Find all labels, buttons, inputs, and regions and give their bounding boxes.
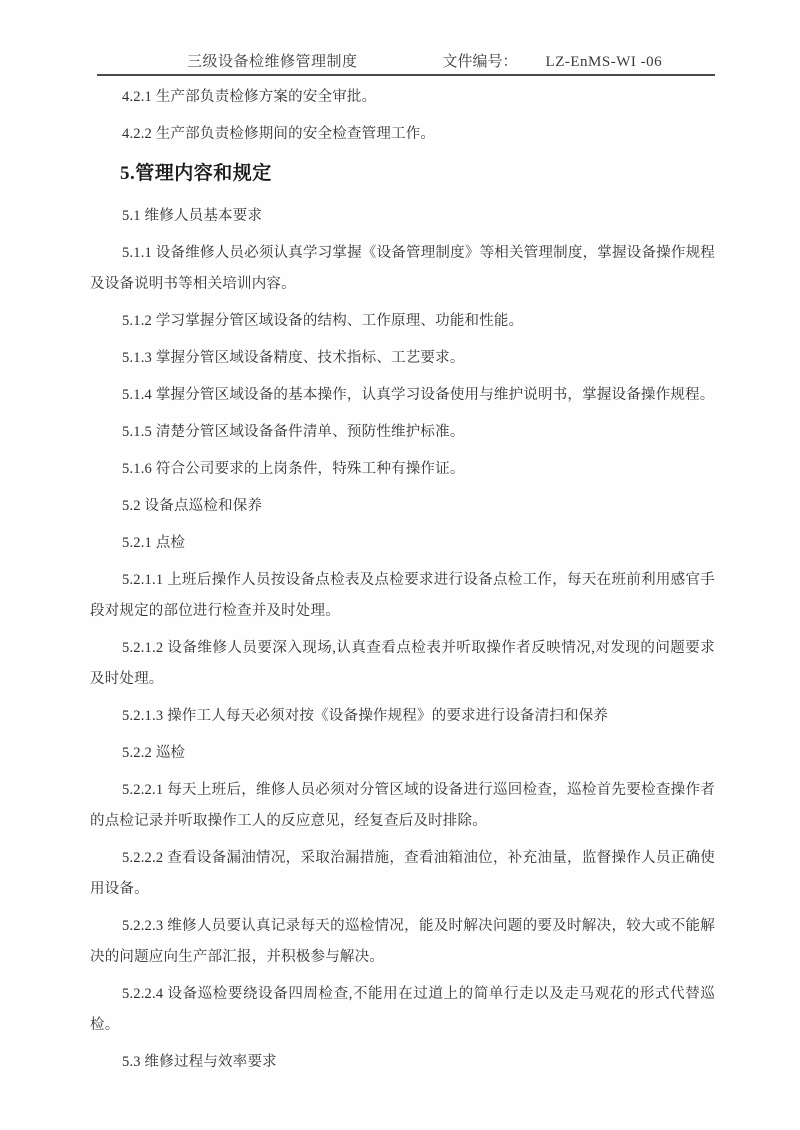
paragraph-5-2-1-1: 5.2.1.1 上班后操作人员按设备点检表及点检要求进行设备点检工作，每天在班前… (90, 565, 715, 627)
paragraph-5-3: 5.3 维修过程与效率要求 (90, 1047, 715, 1078)
page-header: 三级设备检维修管理制度 文件编号： LZ-EnMS-WI -06 (97, 50, 715, 76)
paragraph-5-1-3: 5.1.3 掌握分管区域设备精度、技术指标、工艺要求。 (90, 343, 715, 374)
paragraph-4-2-2: 4.2.2 生产部负责检修期间的安全检查管理工作。 (90, 119, 715, 150)
paragraph-5-2: 5.2 设备点巡检和保养 (90, 491, 715, 522)
paragraph-5-2-1: 5.2.1 点检 (90, 528, 715, 559)
paragraph-5-1-6: 5.1.6 符合公司要求的上岗条件，特殊工种有操作证。 (90, 454, 715, 485)
paragraph-5-1-4: 5.1.4 掌握分管区域设备的基本操作，认真学习设备使用与维护说明书，掌握设备操… (90, 380, 715, 411)
doc-number-label: 文件编号： (443, 50, 518, 74)
paragraph-5-1-5: 5.1.5 清楚分管区域设备备件清单、预防性维护标准。 (90, 417, 715, 448)
paragraph-5-2-2-3: 5.2.2.3 维修人员要认真记录每天的巡检情况，能及时解决问题的要及时解决，较… (90, 911, 715, 973)
paragraph-5-2-2: 5.2.2 巡检 (90, 738, 715, 769)
paragraph-5-2-2-4: 5.2.2.4 设备巡检要绕设备四周检查,不能用在过道上的简单行走以及走马观花的… (90, 979, 715, 1041)
paragraph-5-2-1-3: 5.2.1.3 操作工人每天必须对按《设备操作规程》的要求进行设备清扫和保养 (90, 701, 715, 732)
document-title: 三级设备检维修管理制度 (187, 50, 358, 74)
paragraph-4-2-1: 4.2.1 生产部负责检修方案的安全审批。 (90, 82, 715, 113)
section-heading-5: 5.管理内容和规定 (90, 156, 715, 192)
doc-number-value: LZ-EnMS-WI -06 (546, 50, 663, 74)
paragraph-5-2-2-2: 5.2.2.2 查看设备漏油情况，采取治漏措施，查看油箱油位，补充油量，监督操作… (90, 843, 715, 905)
document-body: 4.2.1 生产部负责检修方案的安全审批。 4.2.2 生产部负责检修期间的安全… (90, 82, 715, 1078)
paragraph-5-2-2-1: 5.2.2.1 每天上班后，维修人员必须对分管区域的设备进行巡回检查，巡检首先要… (90, 775, 715, 837)
paragraph-5-1-2: 5.1.2 学习掌握分管区域设备的结构、工作原理、功能和性能。 (90, 306, 715, 337)
paragraph-5-1-1: 5.1.1 设备维修人员必须认真学习掌握《设备管理制度》等相关管理制度，掌握设备… (90, 238, 715, 300)
paragraph-5-2-1-2: 5.2.1.2 设备维修人员要深入现场,认真查看点检表并听取操作者反映情况,对发… (90, 633, 715, 695)
paragraph-5-1: 5.1 维修人员基本要求 (90, 201, 715, 232)
document-page: 三级设备检维修管理制度 文件编号： LZ-EnMS-WI -06 4.2.1 生… (0, 0, 800, 1130)
